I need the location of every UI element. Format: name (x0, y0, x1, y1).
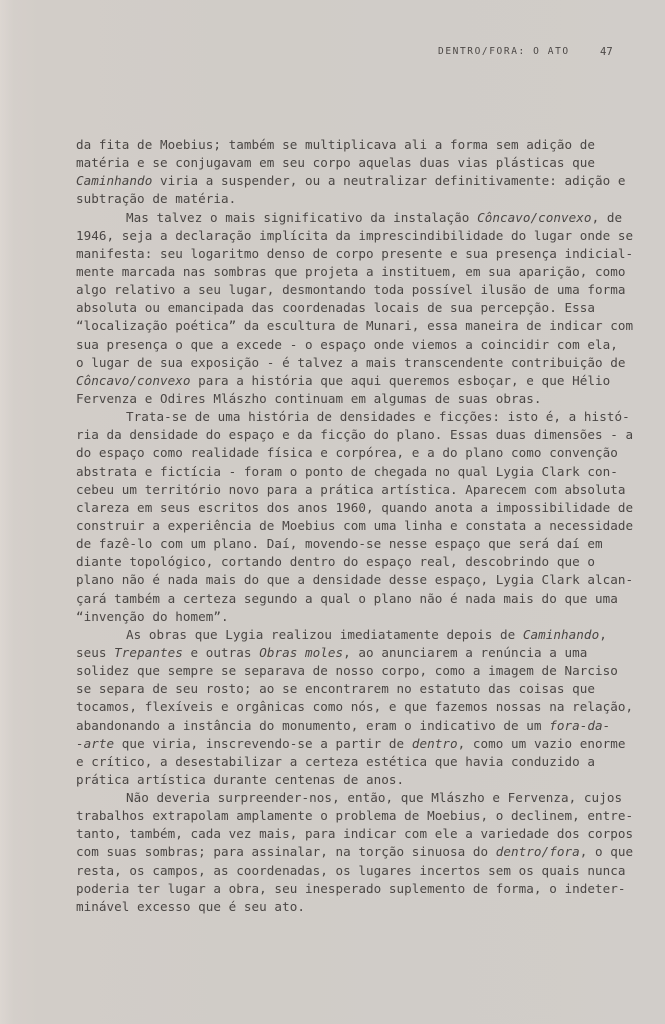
text-line: o lugar de sua exposição - é talvez a ma… (76, 354, 616, 372)
text-run: tocamos, flexíveis e orgânicas como nós,… (76, 699, 633, 714)
text-run: Não deveria surpreender-nos, então, que … (126, 790, 622, 805)
text-run: Trata-se de uma história de densidades e… (126, 409, 630, 424)
text-run: cebeu um território novo para a prática … (76, 482, 626, 497)
text-run: sua presença o que a excede - o espaço o… (76, 337, 618, 352)
text-line: diante topológico, cortando dentro do es… (76, 553, 616, 571)
text-line: “invenção do homem”. (76, 608, 616, 626)
text-line: tocamos, flexíveis e orgânicas como nós,… (76, 698, 616, 716)
text-line: sua presença o que a excede - o espaço o… (76, 336, 616, 354)
body-text: da fita de Moebius; também se multiplica… (76, 136, 616, 916)
running-head-title: DENTRO/FORA: O ATO (438, 46, 570, 57)
text-run: com suas sombras; para assinalar, na tor… (76, 844, 496, 859)
text-run: Mas talvez o mais significativo da insta… (126, 210, 477, 225)
italic-title: fora-da- (549, 718, 610, 733)
text-line: com suas sombras; para assinalar, na tor… (76, 843, 616, 861)
text-run: viria a suspender, ou a neutralizar defi… (152, 173, 625, 188)
text-run: tanto, também, cada vez mais, para indic… (76, 826, 633, 841)
text-line: da fita de Moebius; também se multiplica… (76, 136, 616, 154)
page-number: 47 (600, 46, 613, 58)
text-line: abandonando a instância do monumento, er… (76, 717, 616, 735)
text-line: algo relativo a seu lugar, desmontando t… (76, 281, 616, 299)
text-run: ria da densidade do espaço e da ficção d… (76, 427, 633, 442)
text-line: mente marcada nas sombras que projeta a … (76, 263, 616, 281)
text-run: absoluta ou emancipada das coordenadas l… (76, 300, 595, 315)
text-run: matéria e se conjugavam em seu corpo aqu… (76, 155, 595, 170)
text-run: diante topológico, cortando dentro do es… (76, 554, 595, 569)
text-run: manifesta: seu logaritmo denso de corpo … (76, 246, 633, 261)
paragraph-first-line: Mas talvez o mais significativo da insta… (76, 209, 616, 227)
text-line: clareza em seus escritos dos anos 1960, … (76, 499, 616, 517)
paragraph-first-line: As obras que Lygia realizou imediatament… (76, 626, 616, 644)
text-run: , como um vazio enorme (458, 736, 626, 751)
text-run: poderia ter lugar a obra, seu inesperado… (76, 881, 626, 896)
text-line: e crítico, a desestabilizar a certeza es… (76, 753, 616, 771)
text-run: , o que (580, 844, 633, 859)
text-run: abstrata e fictícia - foram o ponto de c… (76, 464, 618, 479)
italic-title: Caminhando (523, 627, 599, 642)
text-run: de fazê-lo com um plano. Daí, movendo-se… (76, 536, 603, 551)
italic-title: Côncavo/convexo (477, 210, 591, 225)
paragraph-first-line: Não deveria surpreender-nos, então, que … (76, 789, 616, 807)
text-run: resta, os campos, as coordenadas, os lug… (76, 863, 626, 878)
text-line: “localização poética” da escultura de Mu… (76, 317, 616, 335)
text-run: As obras que Lygia realizou imediatament… (126, 627, 523, 642)
text-run: solidez que sempre se separava de nosso … (76, 663, 618, 678)
text-run: 1946, seja a declaração implícita da imp… (76, 228, 633, 243)
text-run: minável excesso que é seu ato. (76, 899, 305, 914)
text-run: da fita de Moebius; também se multiplica… (76, 137, 595, 152)
text-line: solidez que sempre se separava de nosso … (76, 662, 616, 680)
text-line: se separa de seu rosto; ao se encontrare… (76, 680, 616, 698)
text-line: ria da densidade do espaço e da ficção d… (76, 426, 616, 444)
text-line: cebeu um território novo para a prática … (76, 481, 616, 499)
text-line: tanto, também, cada vez mais, para indic… (76, 825, 616, 843)
text-run: construir a experiência de Moebius com u… (76, 518, 633, 533)
text-line: poderia ter lugar a obra, seu inesperado… (76, 880, 616, 898)
italic-title: Caminhando (76, 173, 152, 188)
text-line: Caminhando viria a suspender, ou a neutr… (76, 172, 616, 190)
text-line: -arte que viria, inscrevendo-se a partir… (76, 735, 616, 753)
text-run: , (599, 627, 607, 642)
text-run: algo relativo a seu lugar, desmontando t… (76, 282, 626, 297)
text-line: do espaço como realidade física e corpór… (76, 444, 616, 462)
text-line: plano não é nada mais do que a densidade… (76, 571, 616, 589)
italic-title: -arte (76, 736, 114, 751)
text-line: resta, os campos, as coordenadas, os lug… (76, 862, 616, 880)
text-run: “localização poética” da escultura de Mu… (76, 318, 633, 333)
text-run: , de (592, 210, 623, 225)
text-run: e crítico, a desestabilizar a certeza es… (76, 754, 595, 769)
paragraph-first-line: Trata-se de uma história de densidades e… (76, 408, 616, 426)
text-run: plano não é nada mais do que a densidade… (76, 572, 633, 587)
text-line: matéria e se conjugavam em seu corpo aqu… (76, 154, 616, 172)
text-run: seus (76, 645, 114, 660)
italic-title: Côncavo/convexo (76, 373, 190, 388)
text-run: mente marcada nas sombras que projeta a … (76, 264, 626, 279)
text-line: absoluta ou emancipada das coordenadas l… (76, 299, 616, 317)
text-run: trabalhos extrapolam amplamente o proble… (76, 808, 633, 823)
text-line: abstrata e fictícia - foram o ponto de c… (76, 463, 616, 481)
text-run: e outras (183, 645, 259, 660)
text-line: 1946, seja a declaração implícita da imp… (76, 227, 616, 245)
text-line: çará também a certeza segundo a qual o p… (76, 590, 616, 608)
text-run: subtração de matéria. (76, 191, 236, 206)
italic-title: dentro/fora (496, 844, 580, 859)
text-run: clareza em seus escritos dos anos 1960, … (76, 500, 633, 515)
text-line: Fervenza e Odires Mlászho continuam em a… (76, 390, 616, 408)
text-run: do espaço como realidade física e corpór… (76, 445, 618, 460)
text-run: se separa de seu rosto; ao se encontrare… (76, 681, 595, 696)
text-run: abandonando a instância do monumento, er… (76, 718, 549, 733)
text-line: manifesta: seu logaritmo denso de corpo … (76, 245, 616, 263)
text-run: o lugar de sua exposição - é talvez a ma… (76, 355, 626, 370)
text-run: “invenção do homem”. (76, 609, 229, 624)
text-line: trabalhos extrapolam amplamente o proble… (76, 807, 616, 825)
text-run: que viria, inscrevendo-se a partir de (114, 736, 412, 751)
text-run: para a história que aqui queremos esboça… (190, 373, 610, 388)
italic-title: Obras moles (259, 645, 343, 660)
text-line: prática artística durante centenas de an… (76, 771, 616, 789)
text-run: prática artística durante centenas de an… (76, 772, 404, 787)
text-line: minável excesso que é seu ato. (76, 898, 616, 916)
text-line: subtração de matéria. (76, 190, 616, 208)
page-gutter-edge (0, 0, 14, 1024)
text-line: Côncavo/convexo para a história que aqui… (76, 372, 616, 390)
text-line: de fazê-lo com um plano. Daí, movendo-se… (76, 535, 616, 553)
text-line: construir a experiência de Moebius com u… (76, 517, 616, 535)
text-run: , ao anunciarem a renúncia a uma (343, 645, 587, 660)
text-line: seus Trepantes e outras Obras moles, ao … (76, 644, 616, 662)
text-run: Fervenza e Odires Mlászho continuam em a… (76, 391, 542, 406)
italic-title: dentro (412, 736, 458, 751)
text-run: çará também a certeza segundo a qual o p… (76, 591, 618, 606)
italic-title: Trepantes (114, 645, 183, 660)
